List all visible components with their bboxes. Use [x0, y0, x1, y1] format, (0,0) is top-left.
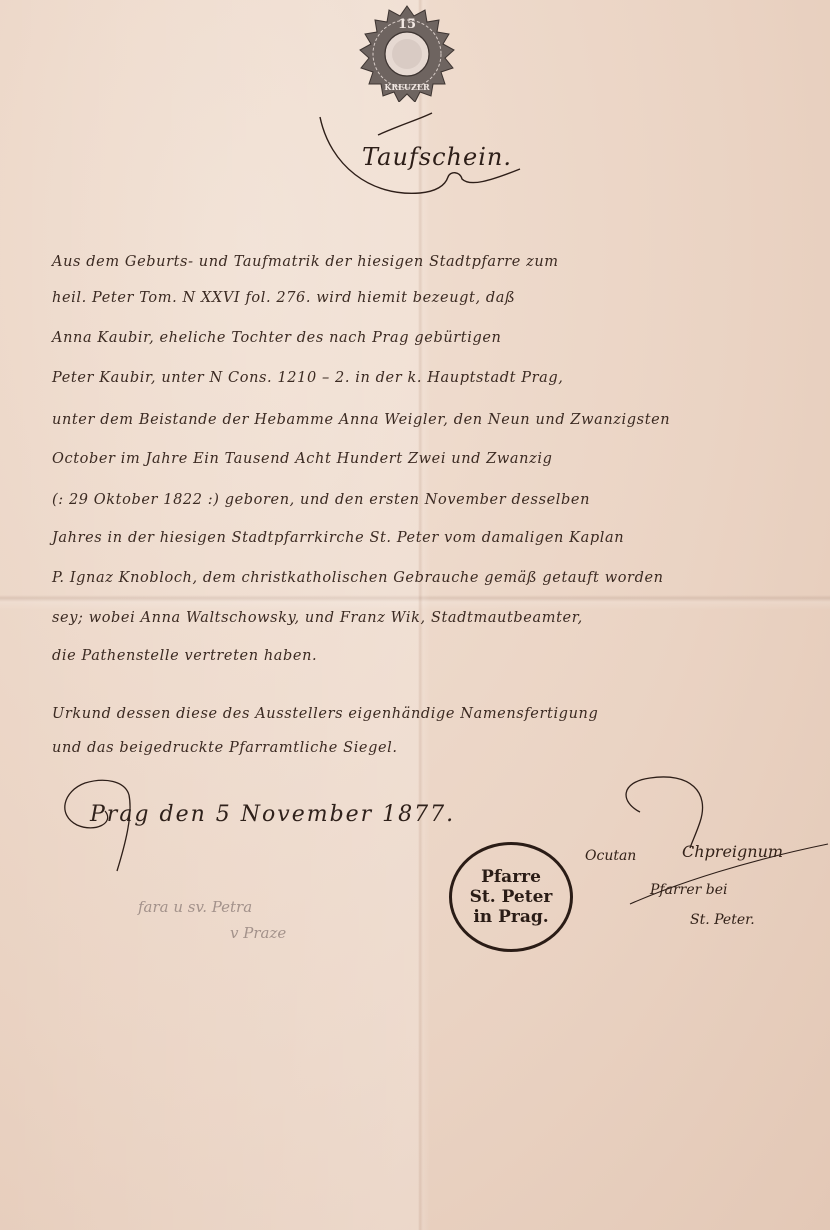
- body-line: P. Ignaz Knobloch, dem christkatholische…: [52, 570, 664, 586]
- signature-role-line2: St. Peter.: [690, 912, 755, 928]
- revenue-stamp: 15 KREUZER: [353, 4, 461, 102]
- place-date: Prag den 5 November 1877.: [90, 802, 455, 827]
- body-line: die Pathenstelle vertreten haben.: [52, 648, 317, 664]
- body-line: Anna Kaubir, eheliche Tochter des nach P…: [52, 330, 501, 346]
- attestation-line: Urkund dessen diese des Ausstellers eige…: [52, 706, 598, 722]
- svg-text:15: 15: [398, 17, 416, 32]
- stamp-rosette-icon: 15 KREUZER: [353, 4, 461, 102]
- seal-line: St. Peter: [470, 887, 553, 907]
- seal-line: in Prag.: [473, 907, 548, 927]
- body-line: Peter Kaubir, unter N Cons. 1210 – 2. in…: [52, 370, 563, 386]
- parish-seal: Pfarre St. Peter in Prag.: [449, 842, 573, 952]
- signature-prefix: Ocutan: [585, 848, 636, 864]
- signature-role-line1: Pfarrer bei: [650, 882, 728, 898]
- document-title: Taufschein.: [300, 105, 550, 205]
- attestation-line: und das beigedruckte Pfarramtliche Siege…: [52, 740, 398, 756]
- body-line: (: 29 Oktober 1822 :) geboren, und den e…: [52, 492, 590, 508]
- svg-text:KREUZER: KREUZER: [384, 82, 430, 92]
- body-line: Jahres in der hiesigen Stadtpfarrkirche …: [52, 530, 624, 546]
- body-line: heil. Peter Tom. N XXVI fol. 276. wird h…: [52, 290, 515, 306]
- body-line: October im Jahre Ein Tausend Acht Hunder…: [52, 451, 552, 467]
- body-line: unter dem Beistande der Hebamme Anna Wei…: [52, 412, 670, 428]
- body-line: sey; wobei Anna Waltschowsky, und Franz …: [52, 610, 583, 626]
- seal-line: Pfarre: [481, 867, 541, 887]
- pencil-note-line1: fara u sv. Petra: [138, 898, 252, 916]
- pencil-note-line2: v Praze: [230, 924, 286, 942]
- title-text: Taufschein.: [362, 143, 512, 171]
- body-line: Aus dem Geburts- und Taufmatrik der hies…: [52, 254, 559, 270]
- signature-name: Chpreignum: [682, 842, 783, 861]
